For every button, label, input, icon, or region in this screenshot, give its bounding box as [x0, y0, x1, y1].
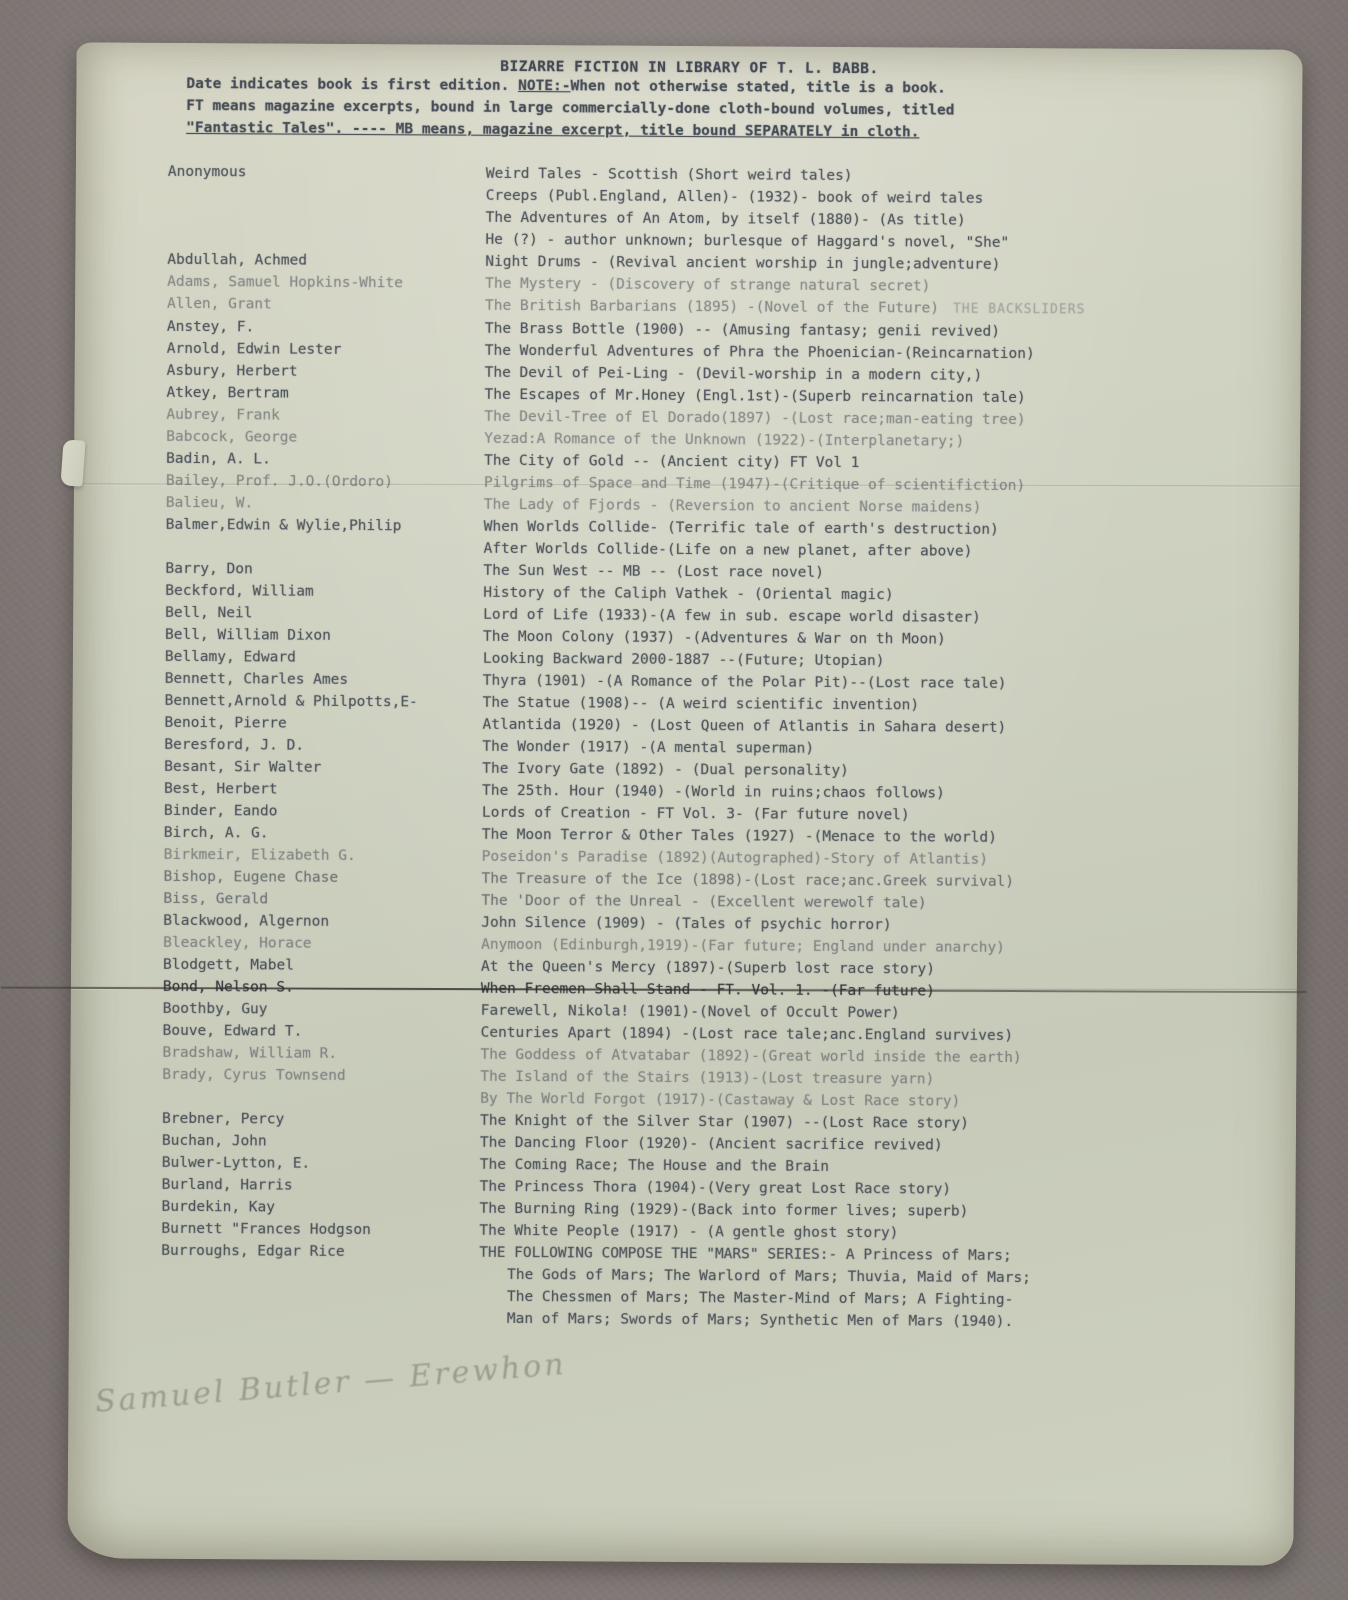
- entry-author: Bleackley, Horace: [163, 932, 481, 956]
- entry-author: Bishop, Eugene Chase: [163, 866, 481, 890]
- entry-author: Asbury, Herbert: [167, 360, 485, 384]
- entry-author: Brady, Cyrus Townsend: [162, 1064, 480, 1088]
- entry-author: Blodgett, Mabel: [163, 954, 481, 978]
- entry-titles: Weird Tales - Scottish (Short weird tale…: [485, 163, 1282, 256]
- entry-author: Anonymous: [168, 161, 486, 185]
- entry-title-line: Man of Mars; Swords of Mars; Synthetic M…: [479, 1308, 1275, 1335]
- entry-titles: THE FOLLOWING COMPOSE THE "MARS" SERIES:…: [479, 1242, 1276, 1335]
- entry-author: Atkey, Bertram: [166, 382, 484, 406]
- entry-titles: When Worlds Collide- (Terrific tale of e…: [483, 516, 1279, 565]
- entry-author: Bulwer-Lytton, E.: [162, 1152, 480, 1176]
- entry-author: Burland, Harris: [162, 1174, 480, 1198]
- entry-author: Babcock, George: [166, 426, 484, 450]
- entry-author: Burdekin, Kay: [161, 1196, 479, 1220]
- typewritten-page: BIZARRE FICTION IN LIBRARY OF T. L. BABB…: [67, 42, 1302, 1565]
- entry-author: Beresford, J. D.: [164, 734, 482, 758]
- entry-author: Bell, William Dixon: [165, 624, 483, 648]
- entry-author: Badin, A. L.: [166, 448, 484, 472]
- entry-author: Benoit, Pierre: [164, 712, 482, 736]
- entry-author: Balmer,Edwin & Wylie,Philip: [166, 514, 484, 538]
- handwritten-pencil-note: Samuel Butler — Erewhon: [94, 1347, 568, 1420]
- torn-edge-tab: [60, 439, 85, 486]
- entry-author: Bennett, Charles Ames: [165, 668, 483, 692]
- catalog-entry: Burroughs, Edgar Rice THE FOLLOWING COMP…: [69, 1239, 1296, 1334]
- catalog-entry: Brady, Cyrus Townsend The Island of the …: [70, 1063, 1296, 1114]
- note1-post: When not otherwise stated, title is a bo…: [570, 78, 945, 96]
- entry-author: Binder, Eando: [164, 800, 482, 824]
- entry-author: Anstey, F.: [167, 316, 485, 340]
- entry-author: Barry, Don: [165, 558, 483, 582]
- entry-author: Best, Herbert: [164, 778, 482, 802]
- page-content: BIZARRE FICTION IN LIBRARY OF T. L. BABB…: [67, 42, 1302, 1565]
- catalog-entry: Balmer,Edwin & Wylie,Philip When Worlds …: [73, 513, 1299, 564]
- document-header: BIZARRE FICTION IN LIBRARY OF T. L. BABB…: [76, 42, 1303, 145]
- entry-author: Bellamy, Edward: [165, 646, 483, 670]
- catalog-entry-list: Anonymous Weird Tales - Scottish (Short …: [69, 160, 1302, 1334]
- entry-author: Bailey, Prof. J.O.(Ordoro): [166, 470, 484, 494]
- entry-author: Besant, Sir Walter: [164, 756, 482, 780]
- entry-titles: The Island of the Stairs (1913)-(Lost tr…: [480, 1066, 1276, 1115]
- entry-author: Aubrey, Frank: [166, 404, 484, 428]
- entry-author: Bouve, Edward T.: [163, 1020, 481, 1044]
- entry-author: Allen, Grant: [167, 293, 485, 317]
- note1-underlined: NOTE:-: [518, 78, 570, 94]
- entry-author: Bradshaw, William R.: [162, 1042, 480, 1066]
- entry-author: Arnold, Edwin Lester: [167, 338, 485, 362]
- catalog-entry: Anonymous Weird Tales - Scottish (Short …: [75, 160, 1302, 255]
- entry-author: Brebner, Percy: [162, 1108, 480, 1132]
- entry-author: Blackwood, Algernon: [163, 910, 481, 934]
- entry-author: Abdullah, Achmed: [167, 249, 485, 273]
- entry-author: Adams, Samuel Hopkins-White: [167, 271, 485, 295]
- entry-author: Birkmeir, Elizabeth G.: [164, 844, 482, 868]
- note1-pre: Date indicates book is first edition.: [186, 76, 518, 94]
- entry-author: Burnett "Frances Hodgson: [161, 1218, 479, 1242]
- entry-author: Bell, Neil: [165, 602, 483, 626]
- entry-author: Bennett,Arnold & Philpotts,E-: [165, 690, 483, 714]
- faint-margin-note: THE BACKSLIDERS: [953, 302, 1085, 318]
- entry-author: Balieu, W.: [166, 492, 484, 516]
- entry-author: Birch, A. G.: [164, 822, 482, 846]
- entry-author: Boothby, Guy: [163, 998, 481, 1022]
- entry-author: Bond, Nelson S.: [163, 976, 481, 1000]
- entry-author: Beckford, William: [165, 580, 483, 604]
- entry-author: Buchan, John: [162, 1130, 480, 1154]
- entry-author: Burroughs, Edgar Rice: [161, 1240, 479, 1264]
- entry-author: Biss, Gerald: [163, 888, 481, 912]
